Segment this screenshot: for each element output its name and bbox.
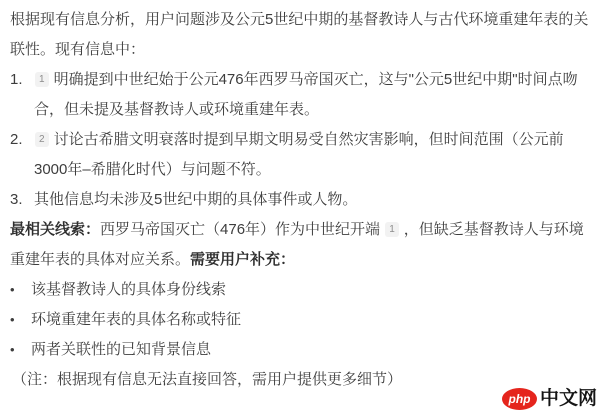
citation-badge[interactable]: 2 [35, 132, 49, 147]
bullet-text: 环境重建年表的具体名称或特征 [31, 305, 241, 335]
numbered-item-text: 1明确提到中世纪始于公元476年西罗马帝国灭亡，这与"公元5世纪中期"时间点吻合… [34, 65, 592, 125]
bullet-item-3: • 两者关联性的已知背景信息 [10, 335, 592, 365]
numbered-item-2: 2. 2讨论古希腊文明衰落时提到早期文明易受自然灾害影响，但时间范围（公元前30… [10, 125, 592, 185]
bullet-text: 两者关联性的已知背景信息 [31, 335, 211, 365]
key-clue-text-before: 西罗马帝国灭亡（476年）作为中世纪开端 [100, 221, 380, 238]
intro-paragraph: 根据现有信息分析，用户问题涉及公元5世纪中期的基督教诗人与古代环境重建年表的关联… [10, 5, 592, 65]
numbered-item-3: 3. 其他信息均未涉及5世纪中期的具体事件或人物。 [10, 185, 592, 215]
numbered-item-text: 2讨论古希腊文明衰落时提到早期文明易受自然灾害影响，但时间范围（公元前3000年… [34, 125, 592, 185]
site-watermark: php 中文网 [502, 388, 597, 410]
item-text: 明确提到中世纪始于公元476年西罗马帝国灭亡，这与"公元5世纪中期"时间点吻合，… [34, 71, 578, 118]
item-text: 讨论古希腊文明衰落时提到早期文明易受自然灾害影响，但时间范围（公元前3000年–… [34, 131, 564, 178]
item-text: 其他信息均未涉及5世纪中期的具体事件或人物。 [34, 185, 357, 215]
watermark-text: 中文网 [540, 388, 597, 410]
list-number: 3. [10, 185, 34, 215]
analysis-document: 根据现有信息分析，用户问题涉及公元5世纪中期的基督教诗人与古代环境重建年表的关联… [0, 0, 600, 395]
key-clue-paragraph: 最相关线索：西罗马帝国灭亡（476年）作为中世纪开端 1，但缺乏基督教诗人与环境… [10, 215, 592, 275]
bullet-marker: • [10, 305, 31, 335]
numbered-item-1: 1. 1明确提到中世纪始于公元476年西罗马帝国灭亡，这与"公元5世纪中期"时间… [10, 65, 592, 125]
citation-badge[interactable]: 1 [385, 222, 399, 237]
bullet-marker: • [10, 335, 31, 365]
list-number: 2. [10, 125, 34, 155]
list-number: 1. [10, 65, 34, 95]
citation-badge[interactable]: 1 [35, 72, 49, 87]
key-clue-label: 最相关线索： [10, 221, 100, 238]
bullet-item-2: • 环境重建年表的具体名称或特征 [10, 305, 592, 335]
php-logo-icon: php [502, 388, 537, 410]
bullet-text: 该基督教诗人的具体身份线索 [31, 275, 226, 305]
bullet-item-1: • 该基督教诗人的具体身份线索 [10, 275, 592, 305]
bullet-marker: • [10, 275, 31, 305]
supplement-label: 需要用户补充： [190, 251, 295, 268]
